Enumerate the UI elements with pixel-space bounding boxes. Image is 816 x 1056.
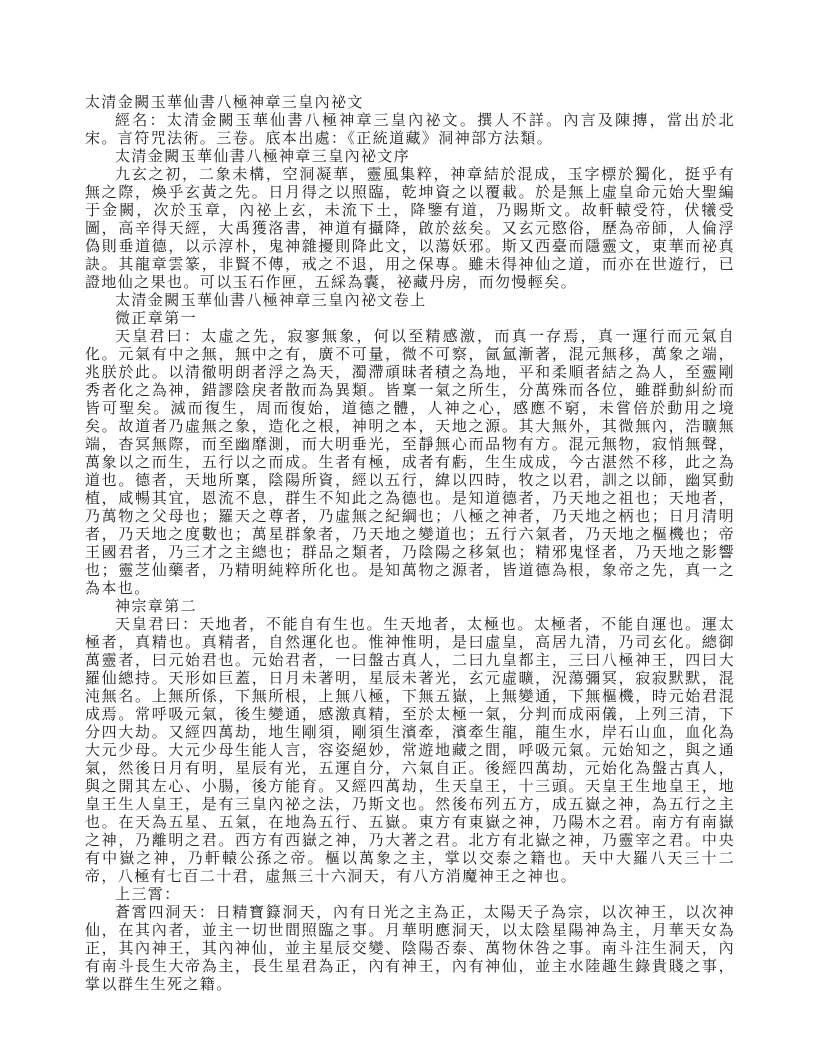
section-heading: 上三霄： [85, 886, 735, 904]
preface-paragraph: 九玄之初，二象未構，空洞凝華，靈風集粹，神章結於混成，玉字標於獨化，挺乎有無之際… [85, 166, 735, 292]
document-title: 太清金闕玉華仙書八極神章三皇內祕文 [85, 94, 735, 112]
document-page: 太清金闕玉華仙書八極神章三皇內祕文 經名：太清金闕玉華仙書八極神章三皇內祕文。撰… [0, 0, 816, 1056]
chapter-1-paragraph: 天皇君曰：太虛之先，寂寥無象，何以至精感激，而真一存焉，真一運行而元氣自化。元氣… [85, 328, 735, 598]
chapter-2-title: 神宗章第二 [85, 598, 735, 616]
chapter-2-paragraph: 天皇君曰：天地者，不能自有生也。生天地者，太極也。太極者，不能自運也。運太極者，… [85, 616, 735, 886]
preface-title: 太清金闕玉華仙書八極神章三皇內祕文序 [85, 148, 735, 166]
chapter-1-title: 微正章第一 [85, 310, 735, 328]
colophon: 經名：太清金闕玉華仙書八極神章三皇內祕文。撰人不詳。內言及陳摶，當出於北宋。言符… [85, 112, 735, 148]
volume-title: 太清金闕玉華仙書八極神章三皇內祕文卷上 [85, 292, 735, 310]
section-paragraph: 蒼霄四洞天：日精寶籙洞天，內有日光之主為正，太陽天子為宗，以次神王，以次神仙，在… [85, 904, 735, 994]
